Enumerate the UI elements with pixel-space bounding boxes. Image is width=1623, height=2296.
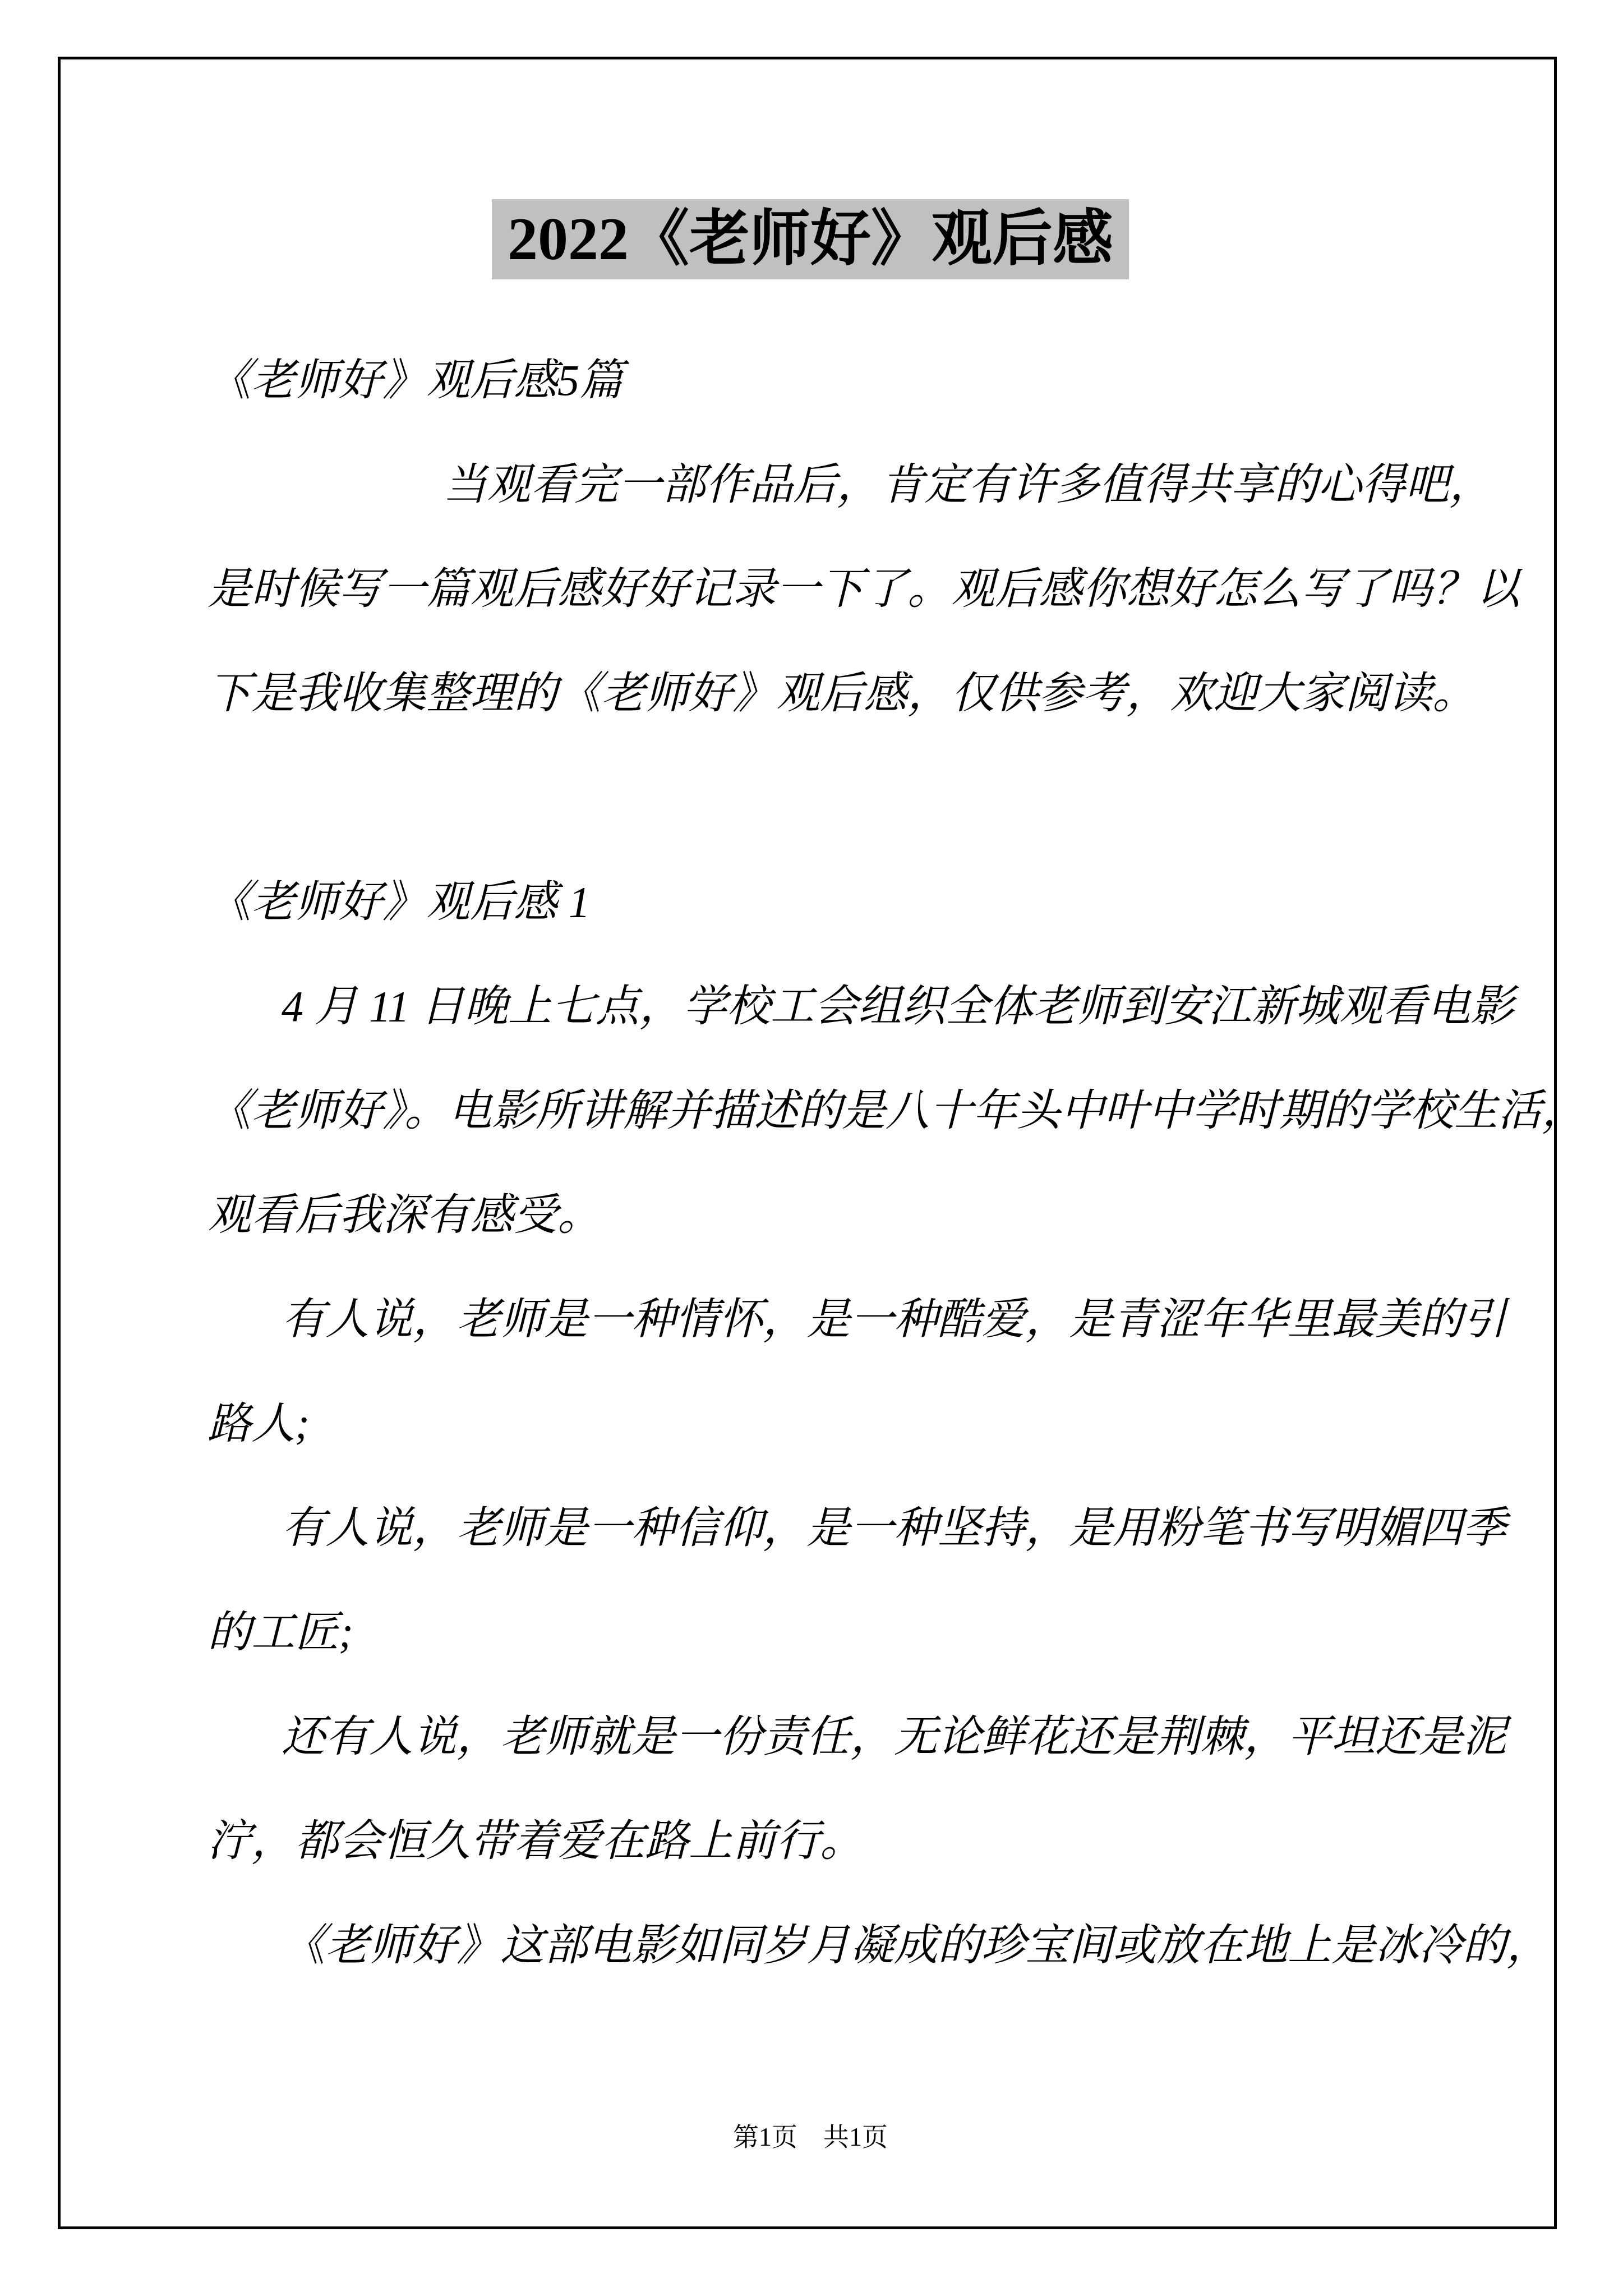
paragraph-line: 的工匠; xyxy=(208,1580,1413,1685)
title-highlight: 2022《老师好》观后感 xyxy=(492,199,1129,279)
paragraph-line: 《老师好》观后感5篇 xyxy=(208,328,1413,432)
paragraph-line: 《老师好》这部电影如同岁月凝成的珍宝间或放在地上是冰冷的， xyxy=(208,1893,1413,1998)
paragraph-line: 有人说，老师是一种情怀，是一种酷爱，是青涩年华里最美的引 xyxy=(208,1267,1413,1372)
paragraph-line: 《老师好》。电影所讲解并描述的是八十年头中叶中学时期的学校生活， xyxy=(208,1059,1413,1163)
paragraph-line: 泞，都会恒久带着爱在路上前行。 xyxy=(208,1789,1413,1893)
paragraph-line: 当观看完一部作品后，肯定有许多值得共享的心得吧， xyxy=(208,432,1413,537)
paragraph-line: 是时候写一篇观后感好好记录一下了。观后感你想好怎么写了吗？以 xyxy=(208,537,1413,641)
paragraph-line: 《老师好》观后感 1 xyxy=(208,850,1413,954)
paragraph-line: 4 月 11 日晚上七点，学校工会组织全体老师到安江新城观看电影 xyxy=(208,954,1413,1059)
paragraph-line: 观看后我深有感受。 xyxy=(208,1163,1413,1267)
paragraph-line: 下是我收集整理的《老师好》观后感，仅供参考，欢迎大家阅读。 xyxy=(208,641,1413,746)
document-title: 2022《老师好》观后感 xyxy=(208,200,1413,279)
paragraph-line-empty xyxy=(208,746,1413,850)
paragraph-line: 路人; xyxy=(208,1372,1413,1476)
footer-page-total: 共1页 xyxy=(823,2123,888,2151)
footer-page-number: 第1页 xyxy=(733,2123,797,2151)
paragraph-line: 还有人说，老师就是一份责任，无论鲜花还是荆棘，平坦还是泥 xyxy=(208,1685,1413,1789)
document-page: { "page": { "background": "#ffffff", "bo… xyxy=(0,0,1623,2296)
document-content: 2022《老师好》观后感 《老师好》观后感5篇 当观看完一部作品后，肯定有许多值… xyxy=(208,200,1413,1998)
paragraph-line: 有人说，老师是一种信仰，是一种坚持，是用粉笔书写明媚四季 xyxy=(208,1476,1413,1580)
page-footer: 第1页共1页 xyxy=(208,2122,1413,2153)
